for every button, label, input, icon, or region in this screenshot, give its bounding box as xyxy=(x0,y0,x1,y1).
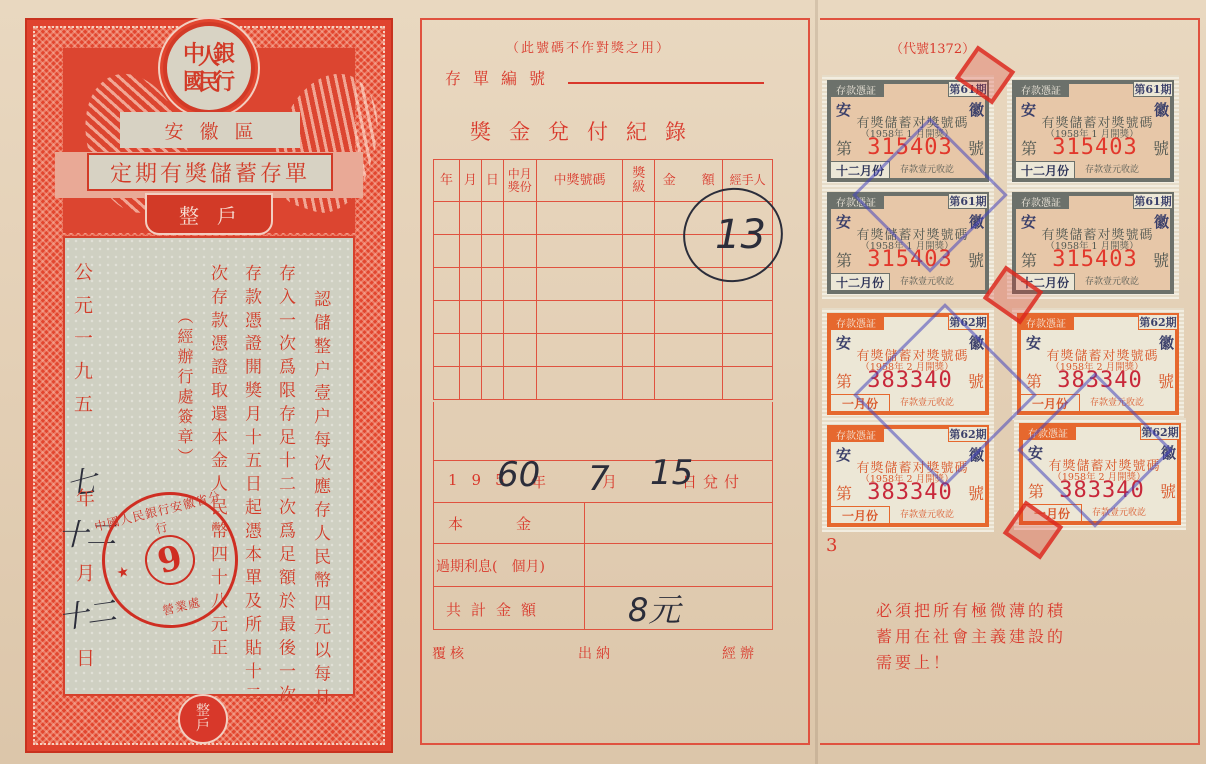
page-number: 3 xyxy=(826,535,837,556)
cell xyxy=(536,334,623,367)
cell xyxy=(434,202,460,235)
cell xyxy=(434,235,460,268)
review-signature-label: 覆核 xyxy=(432,643,468,663)
terms-column-3: 存款憑證開獎月十五日起憑本單及所貼十二 xyxy=(242,264,259,709)
cell xyxy=(623,367,655,400)
number-suffix: 號 xyxy=(1158,369,1174,392)
cell xyxy=(503,301,536,334)
number-suffix: 號 xyxy=(968,136,984,159)
stamp-month: 十二月份 xyxy=(830,273,890,291)
stamp-month: 一月份 xyxy=(830,506,890,524)
slogan-line: 蓄用在社會主義建設的 xyxy=(876,624,1066,650)
cell xyxy=(434,334,460,367)
terms-column-1: 認儲整户壹户每次應存人民幣四元以每月 xyxy=(311,290,328,711)
cell xyxy=(655,367,723,400)
stamp-issue: 第61期 xyxy=(1133,81,1173,97)
header-prize-month: 中月 獎份 xyxy=(503,160,536,202)
number-suffix: 號 xyxy=(1160,479,1176,502)
header-winning-number: 中獎號碼 xyxy=(536,160,623,202)
stamp-issue: 第62期 xyxy=(1138,314,1178,330)
stamp-header: 存款憑証 xyxy=(1013,81,1069,97)
handwritten-total: 8元 xyxy=(628,585,680,631)
cell xyxy=(536,235,623,268)
cell xyxy=(481,301,503,334)
emblem-center-char: 民 xyxy=(183,66,235,97)
table-row xyxy=(434,301,773,334)
number-suffix: 號 xyxy=(1153,136,1169,159)
slogan-line: 需要上！ xyxy=(876,650,1066,676)
stamp-header: 存款憑証 xyxy=(1013,193,1069,209)
record-title: 獎金兌付紀錄 xyxy=(470,116,704,146)
cell xyxy=(623,235,655,268)
deposit-stamp: 存款憑証 第61期 安徽 有獎儲蓄对獎號碼 （1958年 1 月開獎） 第315… xyxy=(1007,75,1179,187)
handler-signature-label: 經辦 xyxy=(722,643,758,663)
medal-char: 戶 xyxy=(196,719,210,734)
star-icon: ★ xyxy=(115,563,131,582)
cell xyxy=(503,367,536,400)
cell xyxy=(723,334,773,367)
month-suffix: 月 xyxy=(74,563,93,588)
fold-crease xyxy=(815,0,818,764)
slogan: 必須把所有極微薄的積 蓄用在社會主義建設的 需要上！ xyxy=(876,598,1066,676)
cell xyxy=(481,334,503,367)
cell xyxy=(481,268,503,301)
cell xyxy=(536,367,623,400)
serial-note: （此號碼不作對獎之用） xyxy=(506,37,671,56)
region-label: 安徽區 xyxy=(120,112,300,148)
deposit-stamp: 存款憑証 第61期 安徽 有獎儲蓄对獎號碼 （1958年 1 月開獎） 第315… xyxy=(1007,187,1179,299)
stamp-footer: 存款壹元收訖 xyxy=(900,507,954,520)
header-year: 年 xyxy=(434,160,460,202)
stamp-number-row: 第383340號 xyxy=(836,480,984,505)
certificate-title: 定期有獎儲蓄存單 xyxy=(87,153,333,191)
cell xyxy=(459,334,481,367)
deposit-type-badge: 整戶 xyxy=(145,193,273,235)
cell xyxy=(503,268,536,301)
stamp-number-row: 第315403號 xyxy=(1021,135,1169,160)
code-number-label: （代號1372） xyxy=(890,38,975,57)
terms-column-2: 存入一次爲限存足十二次爲足額於最後一次 xyxy=(276,264,293,709)
savings-certificate: 中 銀 國 行 人 民 安徽區 定期有獎儲蓄存單 整戶 認儲整户壹户每次應存人民… xyxy=(0,0,1206,764)
header-prize-level: 獎 級 xyxy=(623,160,655,202)
cell xyxy=(536,202,623,235)
cell xyxy=(481,367,503,400)
handwritten-payout-month: 7 xyxy=(588,459,610,499)
number-suffix: 號 xyxy=(968,481,984,504)
stamp-month: 十二月份 xyxy=(1015,161,1075,179)
stamp-footer: 存款壹元收訖 xyxy=(1085,162,1139,175)
principal-row: 本 金 xyxy=(434,502,772,543)
header-day: 日 xyxy=(481,160,503,202)
cell xyxy=(459,235,481,268)
number-prefix: 第 xyxy=(1021,248,1037,271)
number-prefix: 第 xyxy=(836,136,852,159)
cell xyxy=(434,367,460,400)
number-suffix: 號 xyxy=(1153,248,1169,271)
number-prefix: 第 xyxy=(836,369,852,392)
total-label: 共計金額 xyxy=(446,599,546,620)
cell xyxy=(623,301,655,334)
handwritten-payout-year: 60 xyxy=(497,455,540,495)
cell xyxy=(503,202,536,235)
stamp-number: 315403 xyxy=(1052,247,1137,272)
cell xyxy=(723,301,773,334)
slogan-line: 必須把所有極微薄的積 xyxy=(876,598,1066,624)
stamp-number: 383340 xyxy=(867,480,952,505)
cell xyxy=(434,268,460,301)
total-row: 共計金額 xyxy=(434,586,772,629)
table-row xyxy=(434,334,773,367)
payout-box: 195 年 月 日兌付 本 金 過期利息( 個月) 共計金額 xyxy=(433,402,773,630)
table-row xyxy=(434,367,773,400)
cell xyxy=(655,301,723,334)
stamp-footer: 存款壹元收訖 xyxy=(900,274,954,287)
cell xyxy=(623,334,655,367)
stamp-issue: 第61期 xyxy=(1133,193,1173,209)
cell xyxy=(434,301,460,334)
cell xyxy=(536,268,623,301)
stamp-number: 315403 xyxy=(1052,135,1137,160)
stamp-header: 存款憑証 xyxy=(828,81,884,97)
cell xyxy=(459,301,481,334)
issue-date-prefix: 公元一九五 xyxy=(72,262,91,427)
cell xyxy=(655,334,723,367)
agent-signature-note: （經辦行處簽章） xyxy=(176,308,192,468)
cell xyxy=(503,334,536,367)
cell xyxy=(623,268,655,301)
cell xyxy=(503,235,536,268)
medal-char: 整 xyxy=(196,704,210,719)
number-prefix: 第 xyxy=(1021,136,1037,159)
serial-number-field xyxy=(568,82,764,84)
overdue-interest-row: 過期利息( 個月) xyxy=(434,543,772,586)
cashier-signature-label: 出納 xyxy=(578,643,614,663)
stamp-header: 存款憑証 xyxy=(1018,314,1074,330)
payout-divider xyxy=(584,502,585,629)
cell xyxy=(459,367,481,400)
overdue-interest-label: 過期利息( 個月) xyxy=(436,556,545,576)
header-month: 月 xyxy=(459,160,481,202)
cell xyxy=(536,301,623,334)
cell xyxy=(459,268,481,301)
day-suffix: 日 xyxy=(74,648,93,673)
stamp-header: 存款憑証 xyxy=(828,314,884,330)
number-prefix: 第 xyxy=(836,248,852,271)
cell xyxy=(723,367,773,400)
cell xyxy=(623,202,655,235)
stamp-header: 存款憑証 xyxy=(828,426,884,442)
number-prefix: 第 xyxy=(1028,479,1044,502)
cell xyxy=(481,202,503,235)
stamp-footer: 存款壹元收訖 xyxy=(1085,274,1139,287)
handwritten-circle-number: 13 xyxy=(715,212,766,258)
number-prefix: 第 xyxy=(836,481,852,504)
stamp-number-row: 第315403號 xyxy=(1021,247,1169,272)
serial-number-label: 存單編號 xyxy=(445,66,557,89)
number-suffix: 號 xyxy=(968,248,984,271)
principal-label: 本 金 xyxy=(448,513,533,534)
bottom-medallion: 整 戶 xyxy=(178,694,228,744)
cell xyxy=(481,235,503,268)
cell xyxy=(459,202,481,235)
handwritten-day: 十二 xyxy=(55,586,117,637)
handwritten-payout-day: 15 xyxy=(650,453,693,493)
